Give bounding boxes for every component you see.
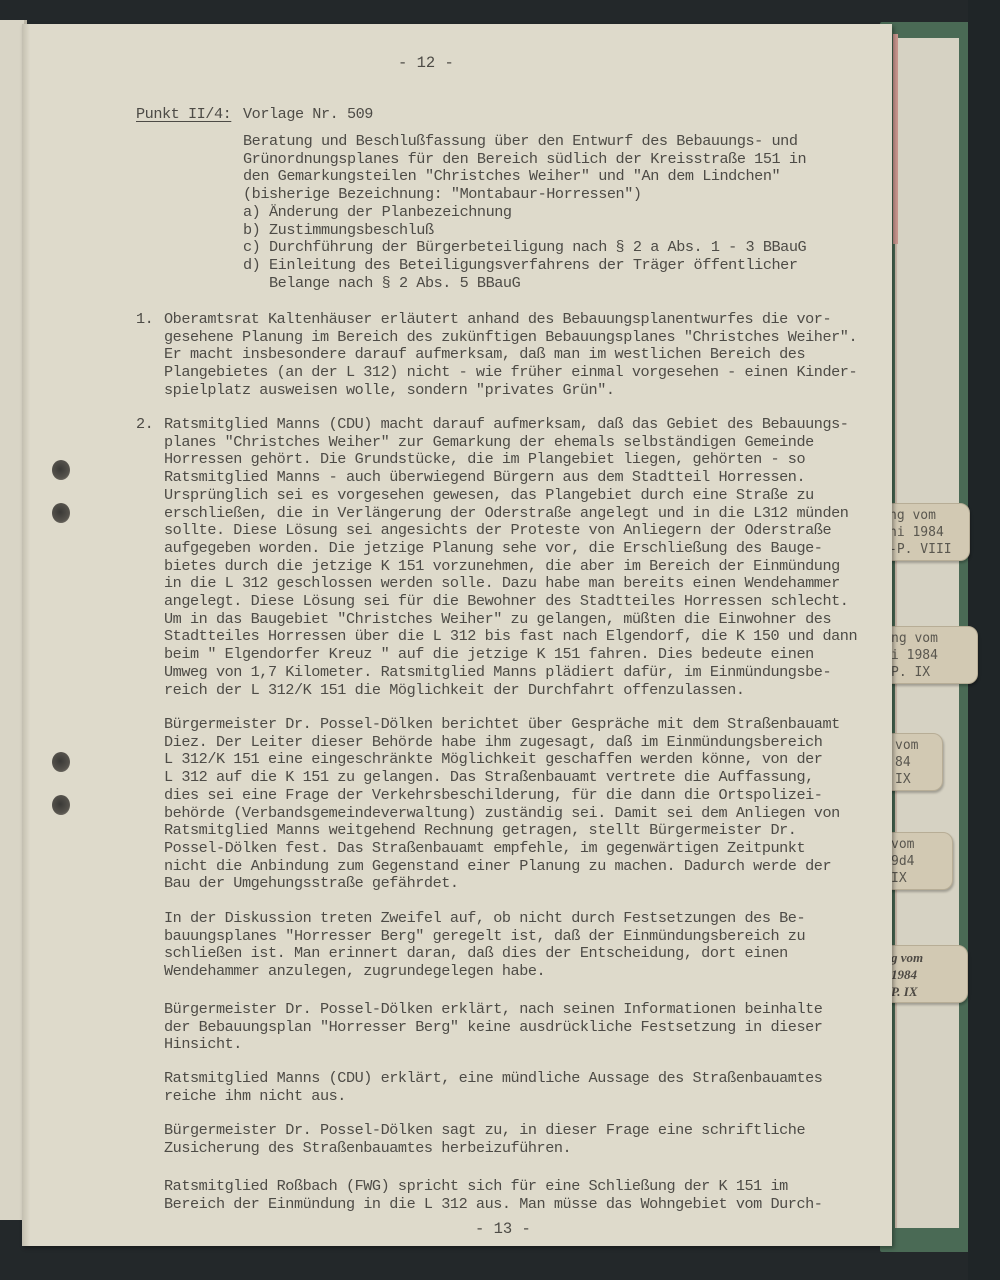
tab-line: P. IX <box>891 983 967 1000</box>
text-line: Ratsmitglied Manns weitgehend Rechnung g… <box>164 822 840 840</box>
text-line: der Bebauungsplan "Horresser Berg" keine… <box>164 1019 822 1037</box>
text-line: beim " Elgendorfer Kreuz " auf die jetzi… <box>164 646 857 664</box>
text-line: sollte. Diese Lösung sei angesichts der … <box>164 522 857 540</box>
text-line: Grünordnungsplanes für den Bereich südli… <box>243 151 806 169</box>
text-line: Um in das Baugebiet "Christches Weiher" … <box>164 611 857 629</box>
text-line: Bürgermeister Dr. Possel-Dölken sagt zu,… <box>164 1122 805 1140</box>
text-line: Wendehammer anzulegen, zugrundegelegen h… <box>164 963 805 981</box>
page-number-top: - 12 - <box>398 54 454 72</box>
tab-line: ni 1984 <box>889 524 969 541</box>
tab-line: vom <box>891 836 952 853</box>
text-line: Ratsmitglied Manns (CDU) macht darauf au… <box>164 416 857 434</box>
text-line: schließen ist. Man erinnert daran, daß d… <box>164 945 805 963</box>
text-line: spielplatz ausweisen wolle, sondern "pri… <box>164 382 857 400</box>
text-line: behörde (Verbandsgemeindeverwaltung) zus… <box>164 805 840 823</box>
text-line: Ratsmitglied Roßbach (FWG) spricht sich … <box>164 1178 822 1196</box>
text-line: Beratung und Beschlußfassung über den En… <box>243 133 806 151</box>
paragraph-discussion: In der Diskussion treten Zweifel auf, ob… <box>164 910 805 981</box>
text-line: dies sei eine Frage der Verkehrsbeschild… <box>164 787 840 805</box>
tab-line: IX <box>891 870 952 887</box>
text-line: In der Diskussion treten Zweifel auf, ob… <box>164 910 805 928</box>
text-line: Ratsmitglied Manns (CDU) erklärt, eine m… <box>164 1070 822 1088</box>
agenda-description: Beratung und Beschlußfassung über den En… <box>243 133 806 292</box>
tab-line: ng vom <box>891 630 977 647</box>
tab-line: ng vom <box>889 507 969 524</box>
paragraph-mayor-statement: Bürgermeister Dr. Possel-Dölken erklärt,… <box>164 1001 822 1054</box>
tab-line: i 1984 <box>891 647 977 664</box>
text-line: b) Zustimmungsbeschluß <box>243 222 806 240</box>
text-line: Ratsmitglied Manns - auch überwiegend Bü… <box>164 469 857 487</box>
item-1-text: Oberamtsrat Kaltenhäuser erläutert anhan… <box>164 311 857 400</box>
text-line: den Gemarkungsteilen "Christches Weiher"… <box>243 168 806 186</box>
text-line: planes "Christches Weiher" zur Gemarkung… <box>164 434 857 452</box>
text-line: Belange nach § 2 Abs. 5 BBauG <box>243 275 806 293</box>
text-line: (bisherige Bezeichnung: "Montabaur-Horre… <box>243 186 806 204</box>
tab-line: P. IX <box>891 664 977 681</box>
page-gutter-shadow <box>22 24 30 1246</box>
text-line: Plangebietes (an der L 312) nicht - wie … <box>164 364 857 382</box>
text-line: L 312/K 151 eine eingeschränkte Möglichk… <box>164 751 840 769</box>
item-number: 2. <box>136 416 153 434</box>
text-line: Hinsicht. <box>164 1036 822 1054</box>
text-line: Stadtteiles Horressen über die L 312 bis… <box>164 628 857 646</box>
text-line: angelegt. Diese Lösung sei für die Bewoh… <box>164 593 857 611</box>
text-line: L 312 auf die K 151 zu gelangen. Das Str… <box>164 769 840 787</box>
text-line: bauungsplanes "Horresser Berg" geregelt … <box>164 928 805 946</box>
text-line: bietes durch die jetzige K 151 vorzunehm… <box>164 558 857 576</box>
text-line: c) Durchführung der Bürgerbeteiligung na… <box>243 239 806 257</box>
text-line: Horressen gehört. Die Grundstücke, die i… <box>164 451 857 469</box>
item-number: 1. <box>136 311 153 329</box>
text-line: Zusicherung des Straßenbauamtes herbeizu… <box>164 1140 805 1158</box>
tab-line: 84 <box>895 754 942 771</box>
tab-line: g vom <box>891 949 967 966</box>
paragraph-mayor-report: Bürgermeister Dr. Possel-Dölken berichte… <box>164 716 840 893</box>
text-line: aufgegeben worden. Die jetzige Planung s… <box>164 540 857 558</box>
tab-line: IX <box>895 771 942 788</box>
punch-hole <box>52 752 70 772</box>
text-line: Diez. Der Leiter dieser Behörde habe ihm… <box>164 734 840 752</box>
text-line: d) Einleitung des Beteiligungsverfahrens… <box>243 257 806 275</box>
item-2-text: Ratsmitglied Manns (CDU) macht darauf au… <box>164 416 857 699</box>
agenda-title: Vorlage Nr. 509 <box>243 106 373 124</box>
text-line: Bereich der Einmündung in die L 312 aus.… <box>164 1196 822 1214</box>
text-line: Er macht insbesondere darauf aufmerksam,… <box>164 346 857 364</box>
text-line: Umweg von 1,7 Kilometer. Ratsmitglied Ma… <box>164 664 857 682</box>
punch-hole <box>52 795 70 815</box>
punch-hole <box>52 503 70 523</box>
text-line: reich der L 312/K 151 die Möglichkeit de… <box>164 682 857 700</box>
agenda-label: Punkt II/4: <box>136 106 231 124</box>
text-line: Oberamtsrat Kaltenhäuser erläutert anhan… <box>164 311 857 329</box>
text-line: Bürgermeister Dr. Possel-Dölken erklärt,… <box>164 1001 822 1019</box>
red-page-edge <box>893 34 898 244</box>
tab-line: 1984 <box>891 966 967 983</box>
paragraph-mayor-promise: Bürgermeister Dr. Possel-Dölken sagt zu,… <box>164 1122 805 1157</box>
text-line: Ursprünglich sei es vorgesehen gewesen, … <box>164 487 857 505</box>
tab-line: -P. VIII <box>889 541 969 558</box>
tab-line: 9d4 <box>891 853 952 870</box>
punch-hole <box>52 460 70 480</box>
text-line: Bau der Umgehungsstraße gefährdet. <box>164 875 840 893</box>
tab-line: vom <box>895 737 942 754</box>
text-line: gesehene Planung im Bereich des zukünfti… <box>164 329 857 347</box>
text-line: nicht die Anbindung zum Gegenstand einer… <box>164 858 840 876</box>
text-line: Bürgermeister Dr. Possel-Dölken berichte… <box>164 716 840 734</box>
paragraph-rossbach-statement: Ratsmitglied Roßbach (FWG) spricht sich … <box>164 1178 822 1213</box>
text-line: a) Änderung der Planbezeichnung <box>243 204 806 222</box>
text-line: erschließen, die in Verlängerung der Ode… <box>164 505 857 523</box>
paragraph-manns-statement: Ratsmitglied Manns (CDU) erklärt, eine m… <box>164 1070 822 1105</box>
text-line: reiche ihm nicht aus. <box>164 1088 822 1106</box>
page-number-bottom: - 13 - <box>475 1220 531 1238</box>
text-line: Possel-Dölken fest. Das Straßenbauamt em… <box>164 840 840 858</box>
text-line: in die L 312 geschlossen werden solle. D… <box>164 575 857 593</box>
